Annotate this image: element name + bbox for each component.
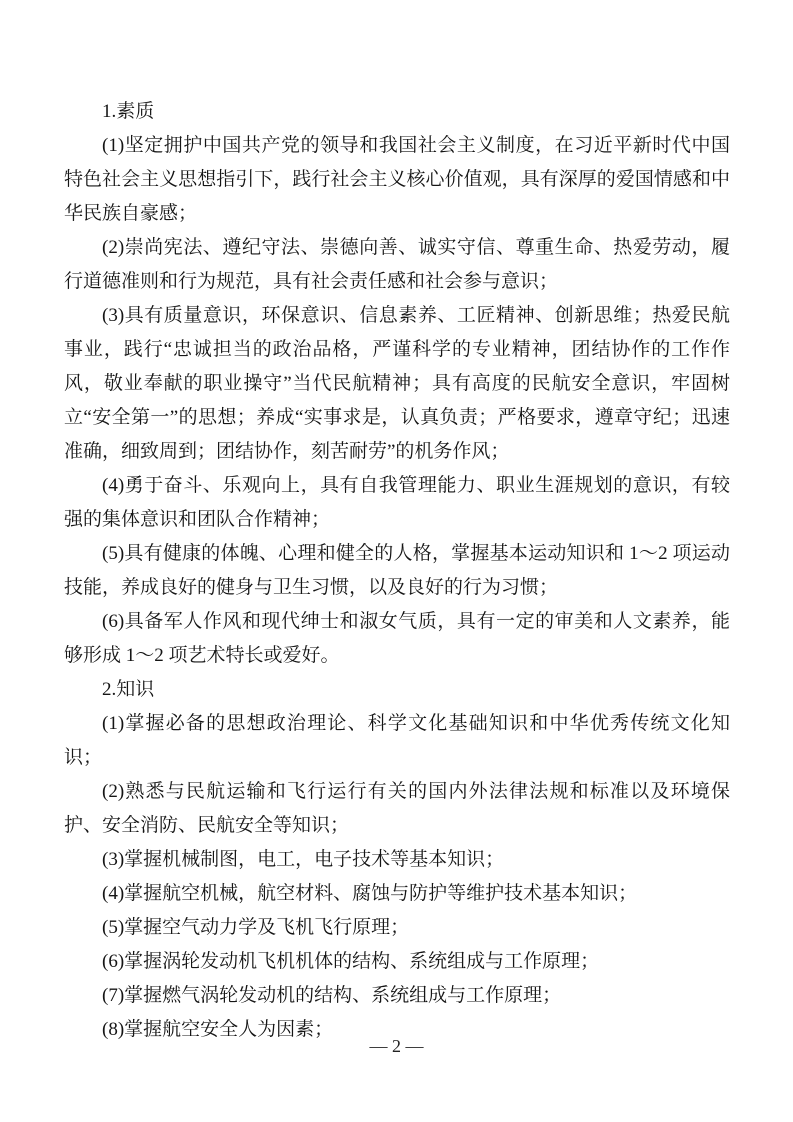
paragraph: (2)崇尚宪法、遵纪守法、崇德向善、诚实守信、尊重生命、热爱劳动，履行道德准则和… bbox=[64, 231, 730, 299]
paragraph: (6)具备军人作风和现代绅士和淑女气质，具有一定的审美和人文素养，能够形成 1～… bbox=[64, 605, 730, 673]
paragraph: (2)熟悉与民航运输和飞行运行有关的国内外法律法规和标准以及环境保护、安全消防、… bbox=[64, 775, 730, 843]
paragraph: (4)掌握航空机械，航空材料、腐蚀与防护等维护技术基本知识； bbox=[64, 877, 730, 911]
paragraph: (4)勇于奋斗、乐观向上，具有自我管理能力、职业生涯规划的意识，有较强的集体意识… bbox=[64, 469, 730, 537]
section-heading-quality: 1.素质 bbox=[64, 95, 730, 129]
document-content: 1.素质 (1)坚定拥护中国共产党的领导和我国社会主义制度，在习近平新时代中国特… bbox=[64, 95, 730, 1047]
document-page: 1.素质 (1)坚定拥护中国共产党的领导和我国社会主义制度，在习近平新时代中国特… bbox=[0, 0, 793, 1122]
paragraph: (3)具有质量意识，环保意识、信息素养、工匠精神、创新思维；热爱民航事业，践行“… bbox=[64, 299, 730, 469]
paragraph: (5)具有健康的体魄、心理和健全的人格，掌握基本运动知识和 1～2 项运动技能，… bbox=[64, 537, 730, 605]
paragraph: (5)掌握空气动力学及飞机飞行原理； bbox=[64, 911, 730, 945]
paragraph: (7)掌握燃气涡轮发动机的结构、系统组成与工作原理； bbox=[64, 979, 730, 1013]
paragraph: (3)掌握机械制图，电工，电子技术等基本知识； bbox=[64, 843, 730, 877]
paragraph: (6)掌握涡轮发动机飞机机体的结构、系统组成与工作原理； bbox=[64, 945, 730, 979]
paragraph: (1)坚定拥护中国共产党的领导和我国社会主义制度，在习近平新时代中国特色社会主义… bbox=[64, 129, 730, 231]
page-number: — 2 — bbox=[0, 1036, 793, 1057]
paragraph: (1)掌握必备的思想政治理论、科学文化基础知识和中华优秀传统文化知识； bbox=[64, 707, 730, 775]
section-heading-knowledge: 2.知识 bbox=[64, 673, 730, 707]
